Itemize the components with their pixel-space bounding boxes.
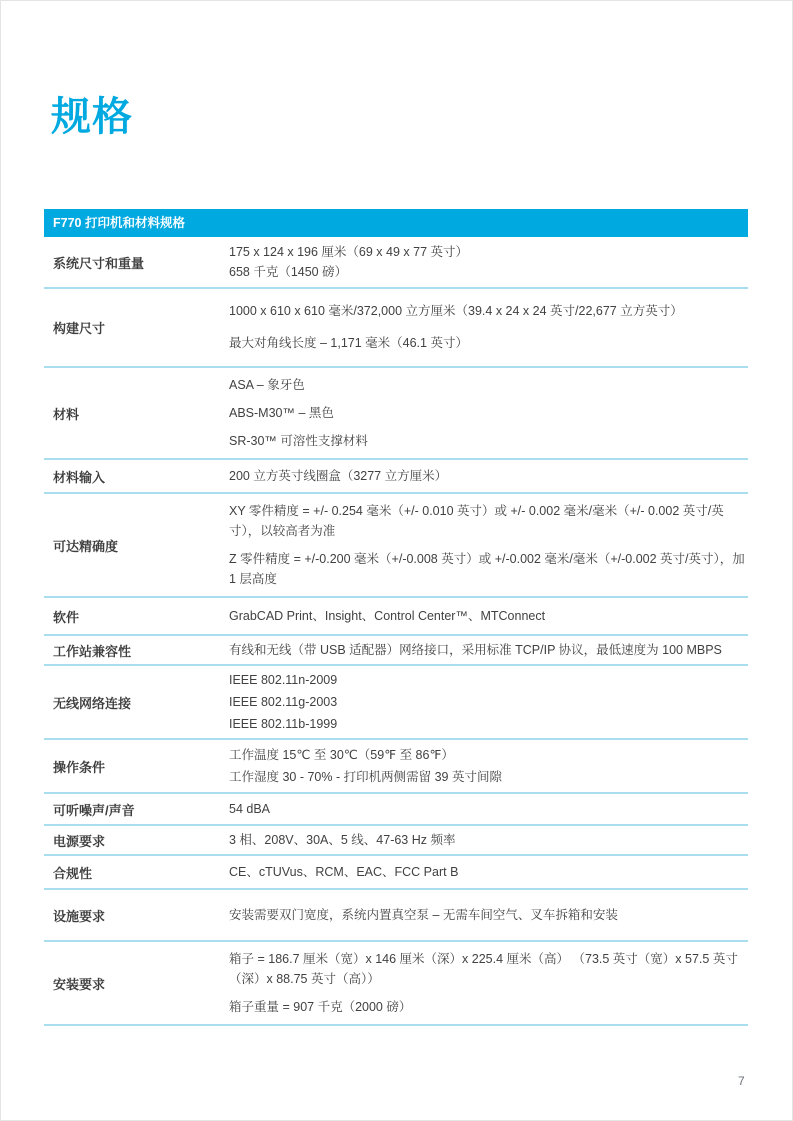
value-line: 3 相、208V、30A、5 线、47-63 Hz 频率: [229, 830, 746, 850]
value-line: 工作湿度 30 - 70% - 打印机两侧需留 39 英寸间隙: [229, 767, 746, 787]
row-label: 电源要求: [44, 831, 229, 850]
table-row-software: 软件 GrabCAD Print、Insight、Control Center™…: [44, 598, 748, 636]
row-value: 200 立方英寸线圈盒（3277 立方厘米）: [229, 460, 748, 492]
row-value: IEEE 802.11n-2009 IEEE 802.11g-2003 IEEE…: [229, 666, 748, 738]
value-line: 安装需要双门宽度，系统内置真空泵 – 无需车间空气、叉车拆箱和安装: [229, 905, 746, 925]
table-header: F770 打印机和材料规格: [44, 209, 748, 237]
row-label: 材料: [44, 404, 229, 423]
row-label: 可达精确度: [44, 536, 229, 555]
table-row-operating-conditions: 操作条件 工作温度 15℃ 至 30℃（59℉ 至 86℉） 工作湿度 30 -…: [44, 740, 748, 794]
value-line: SR-30™ 可溶性支撑材料: [229, 431, 746, 451]
table-row-system-size-weight: 系统尺寸和重量 175 x 124 x 196 厘米（69 x 49 x 77 …: [44, 237, 748, 289]
row-label: 构建尺寸: [44, 318, 229, 337]
value-line: GrabCAD Print、Insight、Control Center™、MT…: [229, 606, 746, 626]
page-title: 规格: [51, 85, 133, 142]
value-line: 箱子重量 = 907 千克（2000 磅）: [229, 997, 746, 1017]
value-line: 1000 x 610 x 610 毫米/372,000 立方厘米（39.4 x …: [229, 301, 746, 321]
value-line: Z 零件精度 = +/-0.200 毫米（+/-0.008 英寸）或 +/-0.…: [229, 549, 746, 589]
table-row-wireless-connectivity: 无线网络连接 IEEE 802.11n-2009 IEEE 802.11g-20…: [44, 666, 748, 740]
row-label: 无线网络连接: [44, 693, 229, 712]
row-value: 有线和无线（带 USB 适配器）网络接口，采用标准 TCP/IP 协议，最低速度…: [229, 636, 748, 664]
row-label: 安装要求: [44, 974, 229, 993]
value-line: 200 立方英寸线圈盒（3277 立方厘米）: [229, 466, 746, 486]
value-line: 有线和无线（带 USB 适配器）网络接口，采用标准 TCP/IP 协议，最低速度…: [229, 640, 746, 660]
value-line: IEEE 802.11b-1999: [229, 714, 746, 734]
spec-table: F770 打印机和材料规格 系统尺寸和重量 175 x 124 x 196 厘米…: [44, 209, 748, 1026]
value-line: ABS-M30™ – 黑色: [229, 403, 746, 423]
table-row-power-requirements: 电源要求 3 相、208V、30A、5 线、47-63 Hz 频率: [44, 826, 748, 856]
row-value: 安装需要双门宽度，系统内置真空泵 – 无需车间空气、叉车拆箱和安装: [229, 890, 748, 940]
row-label: 系统尺寸和重量: [44, 253, 229, 272]
row-value: 工作温度 15℃ 至 30℃（59℉ 至 86℉） 工作湿度 30 - 70% …: [229, 740, 748, 792]
row-value: 箱子 = 186.7 厘米（宽）x 146 厘米（深）x 225.4 厘米（高）…: [229, 942, 748, 1024]
row-value: 3 相、208V、30A、5 线、47-63 Hz 频率: [229, 826, 748, 854]
row-value: 1000 x 610 x 610 毫米/372,000 立方厘米（39.4 x …: [229, 289, 748, 366]
value-line: 54 dBA: [229, 799, 746, 819]
row-label: 合规性: [44, 863, 229, 882]
value-line: IEEE 802.11g-2003: [229, 692, 746, 712]
value-line: XY 零件精度 = +/- 0.254 毫米（+/- 0.010 英寸）或 +/…: [229, 501, 746, 541]
document-page: 规格 F770 打印机和材料规格 系统尺寸和重量 175 x 124 x 196…: [0, 0, 793, 1121]
row-label: 工作站兼容性: [44, 641, 229, 660]
value-line: 658 千克（1450 磅）: [229, 262, 746, 282]
page-number: 7: [738, 1074, 745, 1088]
value-line: 最大对角线长度 – 1,171 毫米（46.1 英寸）: [229, 333, 746, 353]
value-line: ASA – 象牙色: [229, 375, 746, 395]
value-line: 工作温度 15℃ 至 30℃（59℉ 至 86℉）: [229, 745, 746, 765]
table-row-audible-noise: 可听噪声/声音 54 dBA: [44, 794, 748, 826]
row-label: 软件: [44, 607, 229, 626]
table-row-achievable-accuracy: 可达精确度 XY 零件精度 = +/- 0.254 毫米（+/- 0.010 英…: [44, 494, 748, 598]
table-row-compliance: 合规性 CE、cTUVus、RCM、EAC、FCC Part B: [44, 856, 748, 890]
row-label: 操作条件: [44, 757, 229, 776]
value-line: 箱子 = 186.7 厘米（宽）x 146 厘米（深）x 225.4 厘米（高）…: [229, 949, 746, 989]
table-row-build-size: 构建尺寸 1000 x 610 x 610 毫米/372,000 立方厘米（39…: [44, 289, 748, 368]
row-value: GrabCAD Print、Insight、Control Center™、MT…: [229, 598, 748, 634]
value-line: 175 x 124 x 196 厘米（69 x 49 x 77 英寸）: [229, 242, 746, 262]
row-value: 175 x 124 x 196 厘米（69 x 49 x 77 英寸） 658 …: [229, 237, 748, 287]
row-value: ASA – 象牙色 ABS-M30™ – 黑色 SR-30™ 可溶性支撑材料: [229, 368, 748, 458]
row-value: 54 dBA: [229, 794, 748, 824]
value-line: CE、cTUVus、RCM、EAC、FCC Part B: [229, 862, 746, 882]
table-row-workstation-compatibility: 工作站兼容性 有线和无线（带 USB 适配器）网络接口，采用标准 TCP/IP …: [44, 636, 748, 666]
row-label: 材料输入: [44, 467, 229, 486]
table-row-material-input: 材料输入 200 立方英寸线圈盒（3277 立方厘米）: [44, 460, 748, 494]
table-row-facility-requirements: 设施要求 安装需要双门宽度，系统内置真空泵 – 无需车间空气、叉车拆箱和安装: [44, 890, 748, 942]
value-line: IEEE 802.11n-2009: [229, 670, 746, 690]
table-row-materials: 材料 ASA – 象牙色 ABS-M30™ – 黑色 SR-30™ 可溶性支撑材…: [44, 368, 748, 460]
row-value: XY 零件精度 = +/- 0.254 毫米（+/- 0.010 英寸）或 +/…: [229, 494, 748, 596]
row-label: 设施要求: [44, 906, 229, 925]
row-label: 可听噪声/声音: [44, 800, 229, 819]
table-row-installation-requirements: 安装要求 箱子 = 186.7 厘米（宽）x 146 厘米（深）x 225.4 …: [44, 942, 748, 1026]
row-value: CE、cTUVus、RCM、EAC、FCC Part B: [229, 856, 748, 888]
